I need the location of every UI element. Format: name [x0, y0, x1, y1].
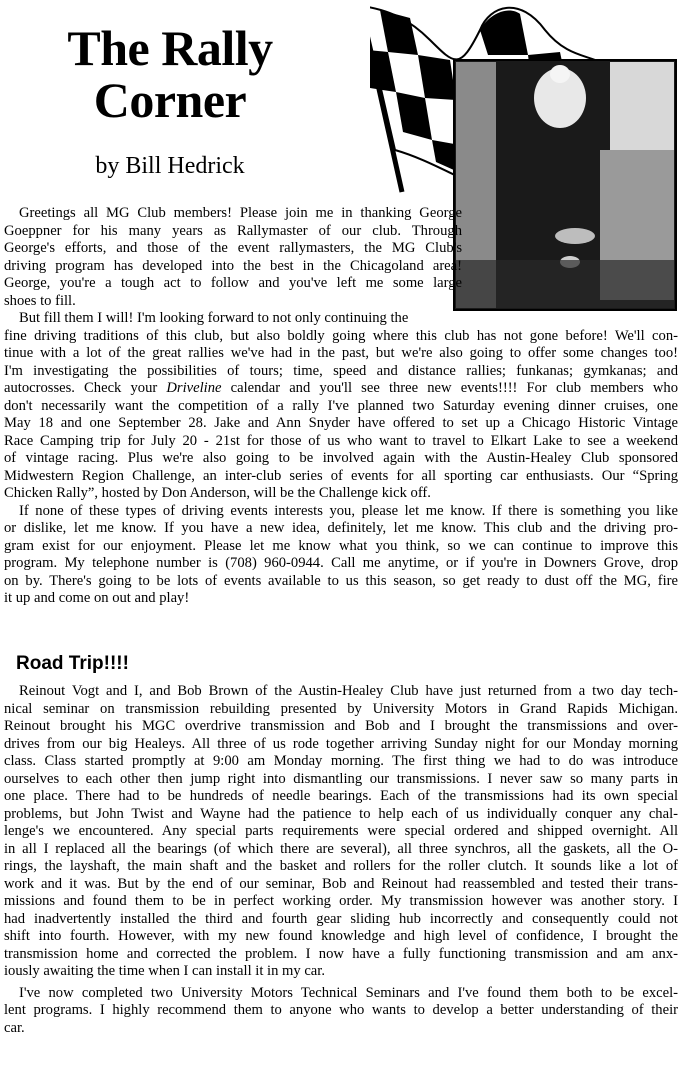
text-line: If none of these types of driving events…: [4, 503, 678, 521]
road-trip-section: Reinout Vogt and I, and Bob Brown of the…: [4, 683, 678, 1037]
article-body: Greetings all MG Club members! Please jo…: [4, 205, 678, 608]
text-line: car.: [4, 1020, 678, 1038]
road-trip-paragraph-1: Reinout Vogt and I, and Bob Brown of the…: [4, 683, 678, 981]
text-line: I've now completed two University Motors…: [4, 985, 678, 1003]
road-trip-paragraph-2: I've now completed two University Motors…: [4, 985, 678, 1038]
text-line: gram exist for our enjoyment. Please let…: [4, 538, 678, 556]
text-line: work and it was. But by the end of our s…: [4, 876, 678, 894]
text-line: I'm investigating the possibilities of t…: [4, 363, 678, 381]
paragraph-3: If none of these types of driving events…: [4, 503, 678, 608]
text-line: on by. There's going to be lots of event…: [4, 573, 678, 591]
article-title: The Rally Corner: [0, 22, 340, 126]
text-line: fine driving traditions of this club, bu…: [4, 328, 678, 346]
text-line: don't necessarily want the competition o…: [4, 398, 678, 416]
text-line: autocrosses. Check your Driveline calend…: [4, 380, 678, 398]
text-line: Reinout brought his MGC overdrive transm…: [4, 718, 678, 736]
text-line: George, you're a tough act to follow and…: [4, 275, 462, 293]
text-line: But fill them I will! I'm looking forwar…: [4, 310, 678, 328]
text-line: drives from our big Healeys. All three o…: [4, 736, 678, 754]
text-line: one place. There had to be hundreds of n…: [4, 788, 678, 806]
text-line: ourselves to each other then jump right …: [4, 771, 678, 789]
text-line: tinue with a lot of the great rallies we…: [4, 345, 678, 363]
text-line: problems, but John Twist and Wayne had t…: [4, 806, 678, 824]
text-line: Greetings all MG Club members! Please jo…: [4, 205, 462, 223]
byline: by Bill Hedrick: [0, 152, 340, 180]
section-heading-road-trip: Road Trip!!!!: [16, 653, 129, 675]
text-line: program. My telephone number is (708) 96…: [4, 555, 678, 573]
text-line: May 18 and one September 28. Jake and An…: [4, 415, 678, 433]
text-line: George's efforts, and those of the event…: [4, 240, 462, 258]
text-line: shoes to fill.: [4, 293, 462, 311]
text-line: Midwestern Region Challenge, an inter-cl…: [4, 468, 678, 486]
text-fragment: autocrosses. Check your: [4, 380, 166, 396]
text-line: class. Class started promptly at 9:00 am…: [4, 753, 678, 771]
text-line: lenge's we encountered. Any special part…: [4, 823, 678, 841]
text-line: Race Camping trip for July 20 - 21st for…: [4, 433, 678, 451]
text-line: Reinout Vogt and I, and Bob Brown of the…: [4, 683, 678, 701]
text-fragment: calendar and you'll see three new events…: [222, 380, 679, 396]
text-line: had inadvertently installed the third an…: [4, 911, 678, 929]
text-line: driving program has developed into the b…: [4, 258, 462, 276]
text-line: Chicken Rally”, hosted by Don Anderson, …: [4, 485, 678, 503]
text-line: rings, the layshaft, the main shaft and …: [4, 858, 678, 876]
title-line-2: Corner: [0, 74, 340, 126]
text-line: iously awaiting the time when I can inst…: [4, 963, 678, 981]
intro-paragraph: Greetings all MG Club members! Please jo…: [4, 205, 462, 310]
text-line: transmission home and corrected the prob…: [4, 946, 678, 964]
text-line: of vintage racing. Plus we're also going…: [4, 450, 678, 468]
text-line: or dislike, let me know. If you have a n…: [4, 520, 678, 538]
text-line: shift into fourth. However, with my new …: [4, 928, 678, 946]
text-line: it up and come on out and play!: [4, 590, 678, 608]
paragraph-2: But fill them I will! I'm looking forwar…: [4, 310, 678, 503]
text-line: nical seminar on transmission rebuilding…: [4, 701, 678, 719]
text-line: missions and found them to be in perfect…: [4, 893, 678, 911]
title-line-1: The Rally: [0, 22, 340, 74]
text-line: lent programs. I highly recommend them t…: [4, 1002, 678, 1020]
publication-name: Driveline: [166, 380, 221, 396]
text-line: in all I replaced all the bearings (of w…: [4, 841, 678, 859]
text-line: Goeppner for his many years as Rallymast…: [4, 223, 462, 241]
